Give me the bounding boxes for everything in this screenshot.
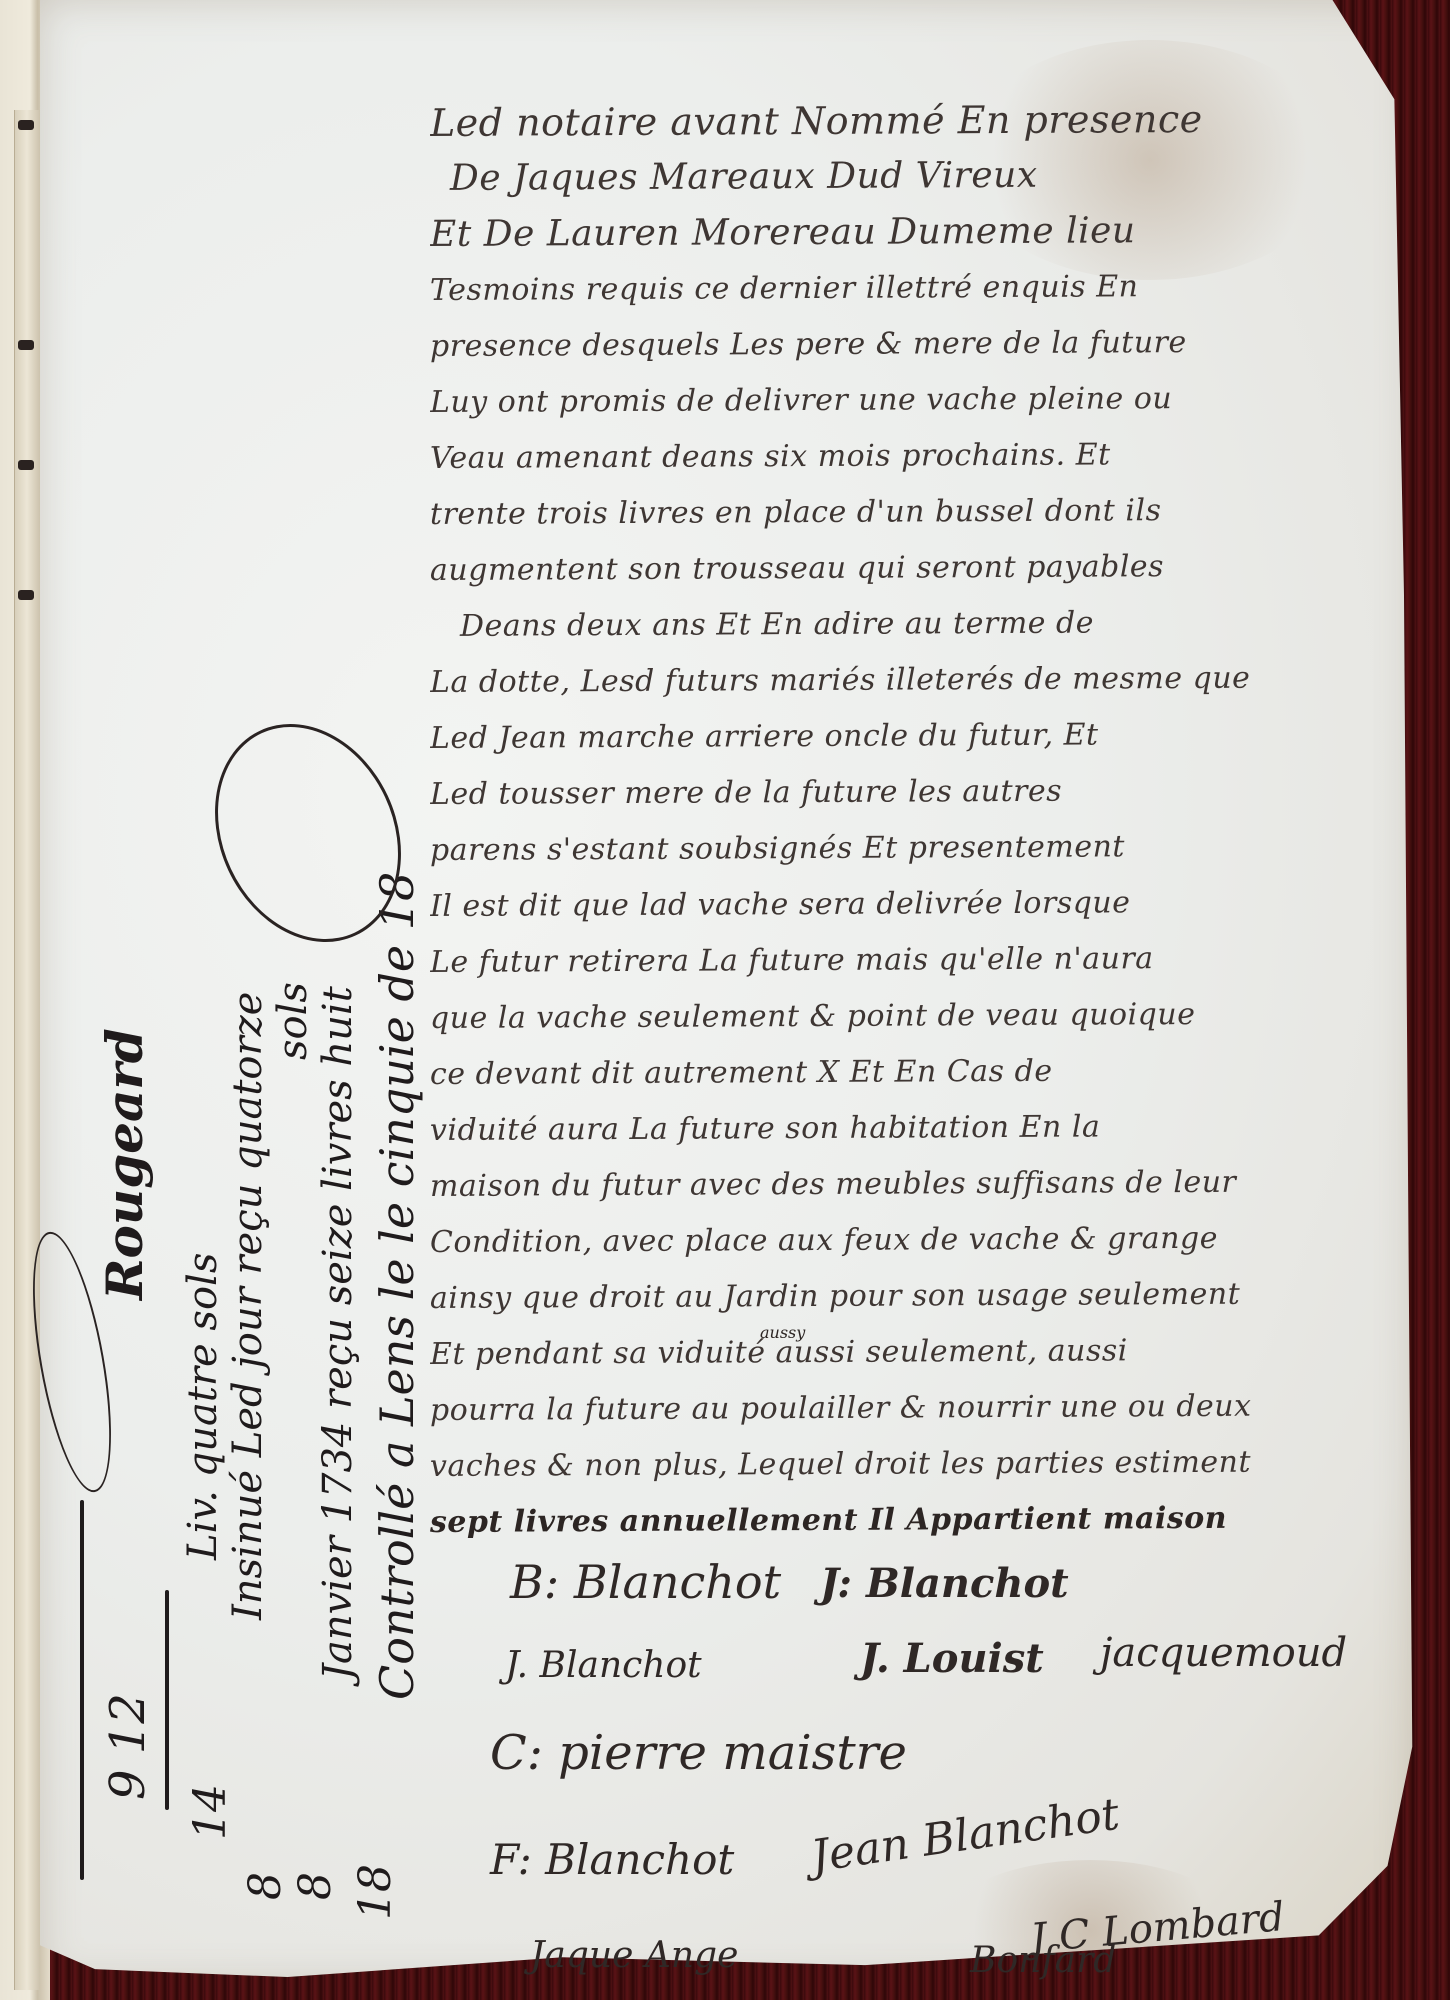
text-line: sept livres annuellement Il Appartient m… [430, 1490, 1420, 1551]
margin-total: 9 12 [100, 1693, 156, 1800]
margin-amount: 14 [185, 1784, 236, 1840]
text-line: que la vache seulement & point de veau q… [430, 986, 1420, 1047]
text-line: Condition, avec place aux feux de vache … [430, 1210, 1420, 1271]
margin-amount: 8 [290, 1872, 341, 1900]
signature: J. Louist [860, 1635, 1044, 1682]
signature: F: Blanchot [490, 1835, 734, 1884]
text-line: Led Jean marche arriere oncle du futur, … [430, 706, 1420, 767]
text-line: De Jaques Mareaux Dud Vireux [430, 146, 1420, 207]
text-line: Led notaire avant Nommé En presence [430, 90, 1420, 151]
text-line: vaches & non plus, Lequel droit les part… [430, 1434, 1420, 1495]
margin-amount: 18 [350, 1864, 401, 1920]
text-line: Il est dit que lad vache sera delivrée l… [430, 874, 1420, 935]
text-line: Deans deux ans Et En adire au terme de [430, 594, 1420, 655]
main-text-block: Led notaire avant Nommé En presence De J… [430, 95, 1420, 1551]
text-line: Led tousser mere de la future les autres [430, 762, 1420, 823]
text-line: viduité aura La future son habitation En… [430, 1098, 1420, 1159]
text-line: Et pendant sa viduité aussi seulement, a… [430, 1322, 1420, 1383]
margin-note-line: sols [270, 982, 316, 1060]
binding-mark [18, 120, 34, 130]
text-line: pourra la future au poulailler & nourrir… [430, 1378, 1420, 1439]
text-line: Veau amenant deans six mois prochains. E… [430, 426, 1420, 487]
margin-note-line: Janvier 1734 reçu seize livres huit [315, 986, 361, 1680]
text-line: Le futur retirera La future mais qu'elle… [430, 930, 1420, 991]
signature: B: Blanchot [510, 1555, 781, 1609]
margin-note-line: Liv. quatre sols [180, 1253, 226, 1560]
text-line: maison du futur avec des meubles suffisa… [430, 1154, 1420, 1215]
text-line: Et De Lauren Morereau Dumeme lieu [430, 202, 1420, 263]
text-line: trente trois livres en place d'un bussel… [430, 482, 1420, 543]
binding-strip [14, 110, 39, 1990]
signature: jacquemoud [1100, 1630, 1347, 1676]
text-line: ce devant dit autrement X Et En Cas de [430, 1042, 1420, 1103]
signature: J. Blanchot [505, 1645, 702, 1686]
text-line: parens s'estant soubsignés Et presenteme… [430, 818, 1420, 879]
signature: J: Blanchot [820, 1560, 1069, 1607]
binding-mark [18, 460, 34, 470]
text-line: Luy ont promis de delivrer une vache ple… [430, 370, 1420, 431]
sum-rule [165, 1590, 169, 1810]
binding-mark [18, 340, 34, 350]
text-line: presence desquels Les pere & mere de la … [430, 314, 1420, 375]
signature: Bonfard [970, 1940, 1116, 1981]
margin-note-signature: Rougeard [95, 1028, 154, 1300]
margin-amount: 8 [240, 1872, 291, 1900]
text-line: ainsy que droit au Jardin pour son usage… [430, 1266, 1420, 1327]
text-line: Tesmoins requis ce dernier illettré enqu… [430, 258, 1420, 319]
signature: Jaque Ange [530, 1935, 738, 1976]
text-line: augmentent son trousseau qui seront paya… [430, 538, 1420, 599]
margin-note-line: Insinué Led jour reçu quatorze [225, 992, 271, 1620]
text-line: La dotte, Lesd futurs mariés illeterés d… [430, 650, 1420, 711]
signature: C: pierre maistre [490, 1725, 907, 1781]
interlinear-insert: aussy [760, 1323, 805, 1342]
binding-mark [18, 590, 34, 600]
margin-note-line: Controllé a Lens le le cinquie de 18 [370, 872, 424, 1700]
sum-rule [80, 1500, 84, 1880]
